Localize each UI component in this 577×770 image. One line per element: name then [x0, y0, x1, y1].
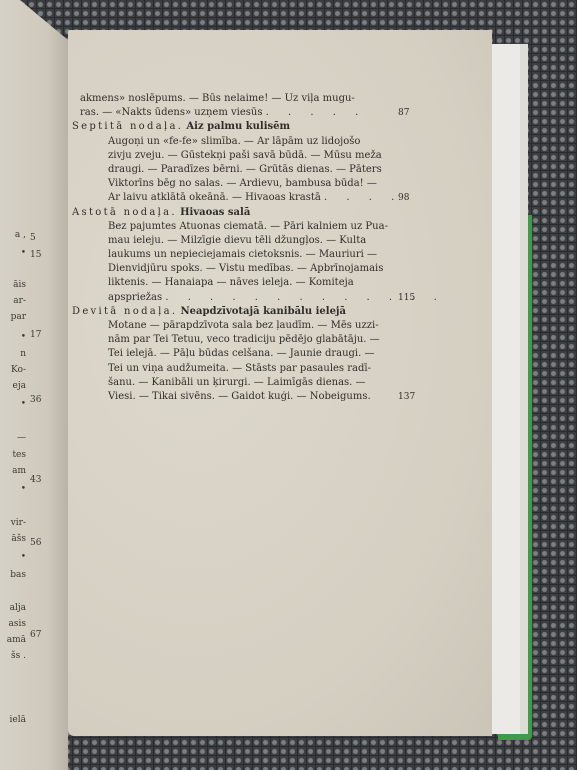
- toc-line: laukums un nepieciejamais cietoksnis. — …: [80, 248, 410, 262]
- toc-line: Viesi. — Tikai sivēns. — Gaidot kuģi. — …: [80, 390, 410, 404]
- chapter-heading: Septitā nodaļa. Aiz palmu kulisēm: [72, 120, 410, 134]
- toc-line: Bez pajumtes Atuonas ciematā. — Pāri kal…: [80, 220, 410, 234]
- toc-chapter-7: Septitā nodaļa. Aiz palmu kulisēm Augoņi…: [80, 120, 410, 205]
- left-page-text-fragment: eja: [13, 381, 26, 391]
- left-page: a ,•āisar-par•nKo-eja•—tesam•vir-āšs•bas…: [0, 0, 68, 770]
- toc-line: draugi. — Paradīzes bērni. — Grūtās dien…: [80, 163, 410, 177]
- left-page-text-fragment: •: [21, 332, 26, 342]
- toc-line: ras. — «Nakts ūdens» uzņem viesūs . . . …: [80, 106, 410, 120]
- left-page-text-fragment: •: [21, 484, 26, 494]
- page-number: 87: [398, 106, 409, 120]
- toc-line: zivju zveju. — Gūstekņi paši savā būdā. …: [80, 149, 410, 163]
- toc-line: akmens» noslēpums. — Būs nelaime! — Uz v…: [80, 92, 410, 106]
- table-of-contents: akmens» noslēpums. — Būs nelaime! — Uz v…: [80, 92, 410, 404]
- left-page-text-fragment: •: [21, 399, 26, 409]
- left-page-text-fragment: ar-: [13, 296, 26, 306]
- left-page-number: 36: [30, 395, 41, 405]
- left-page-text-fragment: vir-: [11, 518, 26, 528]
- left-page-text-fragment: •: [21, 552, 26, 562]
- toc-line: mau ieleju. — Milzīgie dievu tēli džungļ…: [80, 234, 410, 248]
- left-page-number: 17: [30, 330, 41, 340]
- left-page-text-fragment: •: [21, 248, 26, 258]
- left-page-text-fragment: am: [12, 466, 26, 476]
- toc-chapter-8: Astotā nodaļa. Hivaoas salā Bez pajumtes…: [80, 206, 410, 305]
- left-page-text-fragment: āšs: [11, 534, 26, 544]
- left-page-text-fragment: —: [17, 433, 26, 443]
- page-number: 137: [398, 390, 415, 404]
- left-page-text-fragment: a ,: [15, 230, 26, 240]
- left-page-number: 67: [30, 630, 41, 640]
- endpaper: [488, 44, 528, 734]
- toc-continuation: akmens» noslēpums. — Būs nelaime! — Uz v…: [80, 92, 410, 120]
- page-number: 115: [398, 291, 415, 305]
- left-page-number: 56: [30, 538, 41, 548]
- left-page-text-fragment: alja: [10, 603, 26, 613]
- toc-line: Tei ielejā. — Pāļu būdas celšana. — Jaun…: [80, 347, 410, 361]
- toc-line: apspriežas . . . . . . . . . . . . .115: [80, 291, 410, 305]
- left-page-text-fragment: Ko-: [11, 365, 26, 375]
- left-page-text-fragment: asis: [9, 619, 26, 629]
- left-page-number: 15: [30, 250, 41, 260]
- toc-line: Ar laivu atklātā okeānā. — Hivaoas krast…: [80, 191, 410, 205]
- left-page-text-fragment: āis: [13, 280, 26, 290]
- left-page-text-fragment: bas: [10, 570, 26, 580]
- left-page-text-fragment: amā: [7, 635, 26, 645]
- toc-line: šanu. — Kanibāli un ķirurgi. — Laimīgās …: [80, 376, 410, 390]
- toc-line: liktenis. — Hanaiapa — nāves ieleja. — K…: [80, 276, 410, 290]
- chapter-heading: Astotā nodaļa. Hivaoas salā: [72, 206, 410, 220]
- toc-line: Augoņi un «fe-fe» slimība. — Ar lāpām uz…: [80, 135, 410, 149]
- toc-chapter-9: Devitā nodaļa. Neapdzīvotajā kanibālu ie…: [80, 305, 410, 404]
- left-page-number: 43: [30, 475, 41, 485]
- left-page-text-fragment: tes: [12, 450, 26, 460]
- toc-line: Motane — pārapdzīvota sala bez ļaudīm. —…: [80, 319, 410, 333]
- left-page-text-fragment: par: [11, 312, 26, 322]
- left-page-number: 5: [30, 233, 36, 243]
- toc-line: Viktorīns bēg no salas. — Ardievu, bambu…: [80, 177, 410, 191]
- toc-line: nām par Tei Tetuu, veco tradiciju pēdējo…: [80, 333, 410, 347]
- left-page-text-fragment: šs .: [11, 651, 26, 661]
- left-page-text-fragment: n: [20, 349, 26, 359]
- chapter-heading: Devitā nodaļa. Neapdzīvotajā kanibālu ie…: [72, 305, 410, 319]
- left-page-text-fragment: ielā: [10, 715, 26, 725]
- page-number: 98: [398, 191, 409, 205]
- toc-line: Tei un viņa audžumeita. — Stāsts par pas…: [80, 362, 410, 376]
- toc-line: Dienvidjūru spoks. — Vistu medības. — Ap…: [80, 262, 410, 276]
